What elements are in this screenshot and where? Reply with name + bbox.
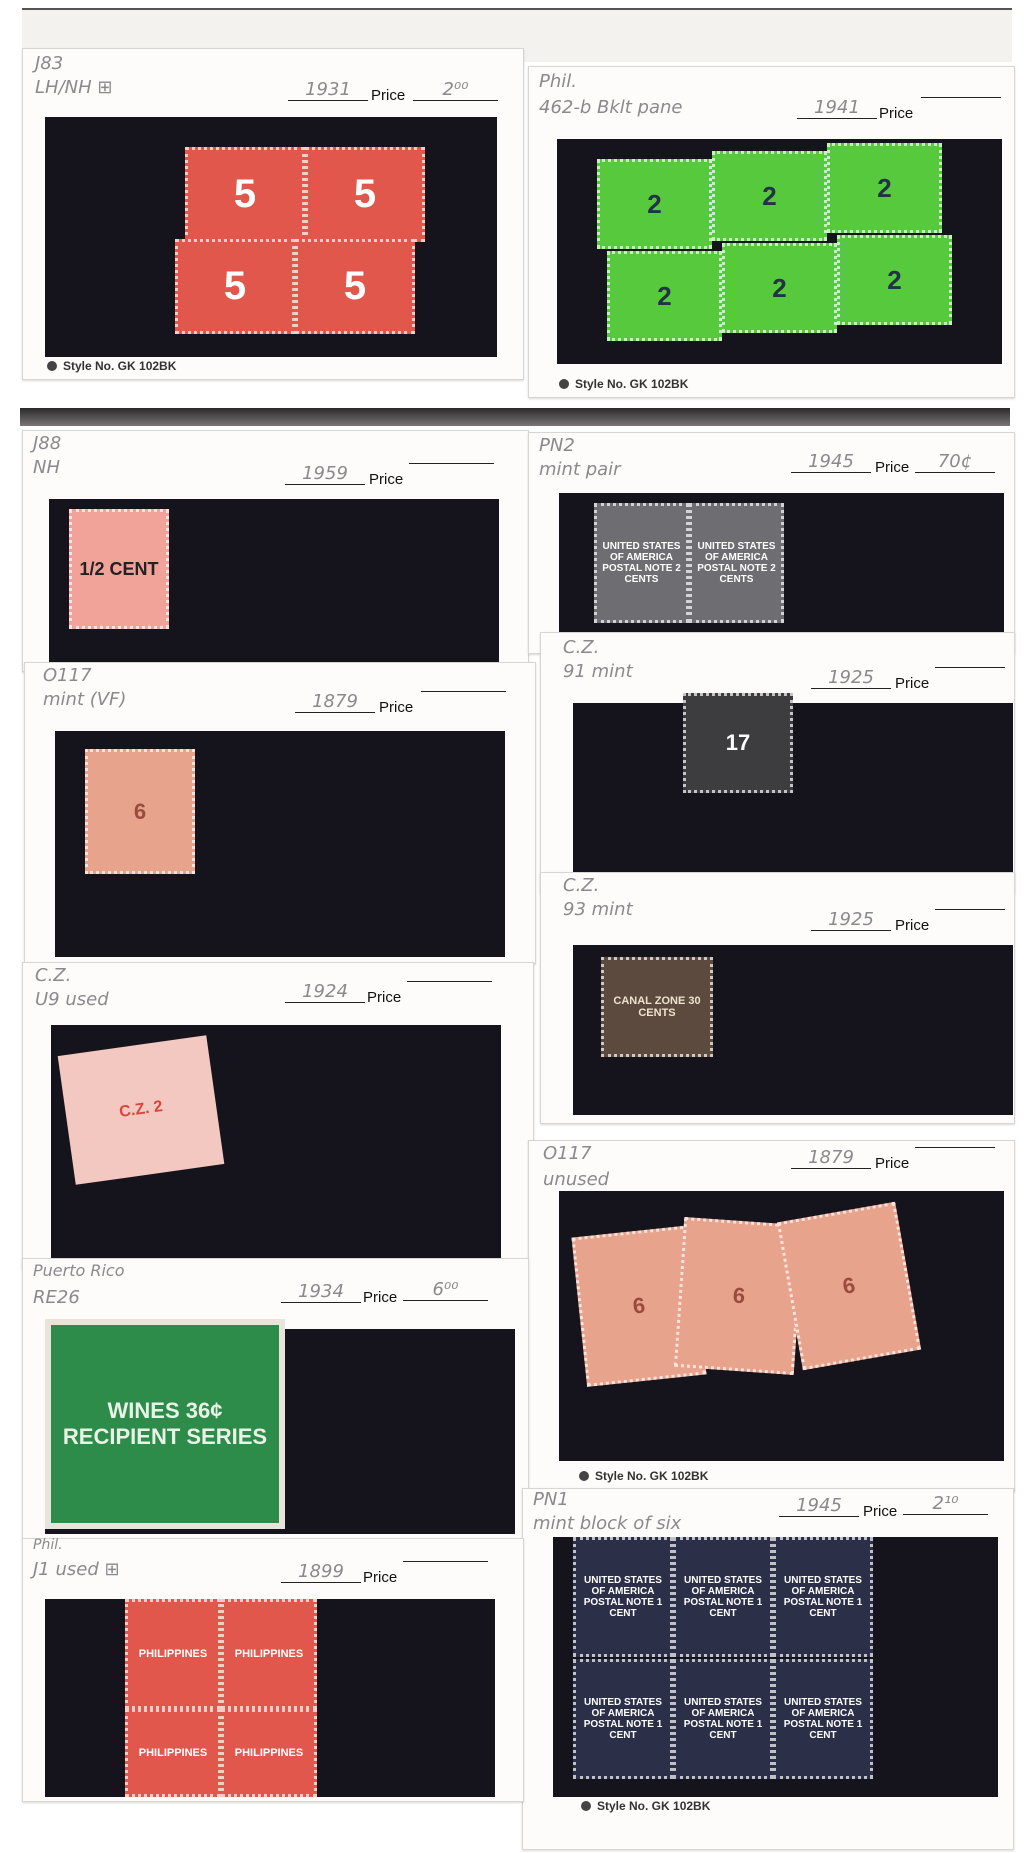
card-year: 1941 [797, 97, 877, 119]
price-label: Price [369, 471, 403, 488]
card-label-line2: 93 mint [563, 899, 633, 920]
price-label: Price [379, 699, 413, 716]
price-label: Price [875, 459, 909, 476]
card-label-line2: 91 mint [563, 661, 633, 682]
stamp: UNITED STATES OF AMERICA POSTAL NOTE 1 C… [773, 1537, 873, 1657]
stamp-card-cz-91: C.Z. 91 mint 1925 Price 17 [540, 632, 1015, 894]
stamp-card-pn1: PN1 mint block of six 1945 Price 2¹⁰ UNI… [522, 1488, 1014, 1850]
stamp-mount: CANAL ZONE 30 CENTS [573, 945, 1013, 1115]
stamp: UNITED STATES OF AMERICA POSTAL NOTE 1 C… [673, 1659, 773, 1779]
stamp: UNITED STATES OF AMERICA POSTAL NOTE 2 C… [594, 503, 689, 623]
stamp: 2 [837, 235, 952, 325]
stamp: UNITED STATES OF AMERICA POSTAL NOTE 1 C… [573, 1537, 673, 1657]
stamp: UNITED STATES OF AMERICA POSTAL NOTE 1 C… [573, 1659, 673, 1779]
card-label-line2: NH [33, 457, 60, 478]
stamp-card-phil-j1: Phil. J1 used ⊞ 1899 Price PHILIPPINES P… [22, 1538, 524, 1802]
card-label-line1: PN1 [533, 1489, 569, 1510]
stamp-card-pn2: PN2 mint pair 1945 Price 70¢ UNITED STAT… [528, 432, 1015, 654]
card-price: 2¹⁰ [903, 1493, 988, 1515]
stamp: PHILIPPINES [125, 1709, 221, 1797]
card-style-label: Style No. GK 102BK [579, 1469, 708, 1483]
price-label: Price [371, 87, 405, 104]
stamp: C.Z. 2 [58, 1035, 225, 1185]
card-style-label: Style No. GK 102BK [559, 377, 688, 391]
card-label-line2: J1 used ⊞ [33, 1559, 120, 1580]
card-label-line1: O117 [543, 1143, 592, 1164]
stamp-mount: C.Z. 2 [51, 1025, 501, 1263]
card-price: 6⁰⁰ [403, 1279, 488, 1301]
card-price [421, 691, 506, 692]
stamp: UNITED STATES OF AMERICA POSTAL NOTE 2 C… [689, 503, 784, 623]
stamp: 2 [712, 151, 827, 241]
stamp-mount: 6 [55, 731, 505, 957]
price-label: Price [863, 1503, 897, 1520]
card-label-line1: C.Z. [563, 637, 599, 658]
card-year: 1925 [811, 667, 891, 689]
stamp: 2 [827, 143, 942, 233]
card-year: 1879 [791, 1147, 871, 1169]
stamp: 5 [185, 147, 305, 242]
card-label-line1: O117 [43, 665, 92, 686]
card-price: 2⁰⁰ [413, 79, 498, 101]
stamp: 5 [175, 239, 295, 334]
card-price [921, 97, 1001, 98]
stamp: 5 [305, 147, 425, 242]
card-price [915, 1147, 995, 1148]
card-label-line1: Puerto Rico [33, 1261, 125, 1280]
stamp-card-cz-93: C.Z. 93 mint 1925 Price CANAL ZONE 30 CE… [540, 872, 1015, 1124]
stamp-mount: 17 [573, 703, 1013, 888]
card-label-line2: unused [543, 1169, 609, 1190]
price-label: Price [367, 989, 401, 1006]
card-year: 1931 [288, 79, 368, 101]
card-price [409, 463, 494, 464]
price-label: Price [895, 917, 929, 934]
brand-logo-icon [47, 361, 57, 371]
stamp: 2 [607, 251, 722, 341]
card-label-line2: mint (VF) [43, 689, 126, 710]
stamp: PHILIPPINES [125, 1599, 221, 1709]
stamp: CANAL ZONE 30 CENTS [601, 957, 713, 1057]
stamp-card-j83: J83 LH/NH ⊞ 1931 Price 2⁰⁰ 5 5 5 5 Style… [22, 48, 524, 380]
card-price [403, 1561, 488, 1562]
stamp-mount: UNITED STATES OF AMERICA POSTAL NOTE 1 C… [553, 1537, 998, 1797]
card-year: 1934 [281, 1281, 361, 1303]
card-label-line2: mint pair [539, 459, 621, 480]
brand-logo-icon [581, 1801, 591, 1811]
card-label-line2: RE26 [33, 1287, 80, 1308]
stamp: WINES 36¢ RECIPIENT SERIES [45, 1319, 285, 1529]
card-year: 1959 [285, 463, 365, 485]
card-label-line1: C.Z. [563, 875, 599, 896]
card-label-line1: PN2 [539, 435, 575, 456]
card-style-label: Style No. GK 102BK [47, 359, 176, 373]
stamp-card-o117-mint: O117 mint (VF) 1879 Price 6 [24, 662, 536, 964]
stamp: UNITED STATES OF AMERICA POSTAL NOTE 1 C… [773, 1659, 873, 1779]
card-price [935, 909, 1005, 910]
stamp: UNITED STATES OF AMERICA POSTAL NOTE 1 C… [673, 1537, 773, 1657]
stamp-mount: 1/2 CENT [49, 499, 499, 669]
stamp-card-o117-unused: O117 unused 1879 Price 6 6 6 Style No. G… [528, 1140, 1015, 1492]
stamp: 6 [777, 1202, 921, 1371]
page-divider [20, 408, 1010, 426]
price-label: Price [363, 1289, 397, 1306]
stamp: PHILIPPINES [221, 1709, 317, 1797]
stamp: PHILIPPINES [221, 1599, 317, 1709]
price-label: Price [363, 1569, 397, 1586]
stamp-card-j88: J88 NH 1959 Price 1/2 CENT [22, 430, 529, 672]
stamp-mount: 6 6 6 [559, 1191, 1004, 1461]
stamp-mount: PHILIPPINES PHILIPPINES PHILIPPINES PHIL… [45, 1599, 495, 1797]
stamp: 2 [722, 243, 837, 333]
card-label-line2: mint block of six [533, 1513, 681, 1534]
card-label-line1: J83 [35, 53, 63, 74]
card-price [935, 667, 1005, 668]
card-label-line2: U9 used [35, 989, 109, 1010]
card-label-line1: J88 [33, 433, 61, 454]
card-year: 1925 [811, 909, 891, 931]
card-label-line2: LH/NH ⊞ [35, 77, 112, 98]
stamp-card-phil-462b: Phil. 462-b Bklt pane 1941 Price 2 2 2 2… [528, 66, 1015, 398]
card-price [407, 981, 492, 982]
card-year: 1879 [295, 691, 375, 713]
stamp: 1/2 CENT [69, 509, 169, 629]
stamp-mount: 2 2 2 2 2 2 [557, 139, 1002, 364]
stamp: 17 [683, 693, 793, 793]
card-year: 1899 [281, 1561, 361, 1583]
card-year: 1924 [285, 981, 365, 1003]
card-year: 1945 [791, 451, 871, 473]
card-label-line1: Phil. [539, 71, 577, 92]
stamp: 5 [295, 239, 415, 334]
card-label-line2: 462-b Bklt pane [539, 97, 683, 118]
card-price: 70¢ [915, 451, 995, 473]
brand-logo-icon [559, 379, 569, 389]
price-label: Price [895, 675, 929, 692]
stamp-card-re26: Puerto Rico RE26 1934 Price 6⁰⁰ WINES 36… [22, 1258, 529, 1540]
price-label: Price [879, 105, 913, 122]
stamp-mount: UNITED STATES OF AMERICA POSTAL NOTE 2 C… [559, 493, 1004, 653]
price-label: Price [875, 1155, 909, 1172]
stamp: 6 [85, 749, 195, 874]
stamp: 2 [597, 159, 712, 249]
card-style-label: Style No. GK 102BK [581, 1799, 710, 1813]
card-label-line1: C.Z. [35, 965, 71, 986]
brand-logo-icon [579, 1471, 589, 1481]
card-label-line1: Phil. [33, 1537, 63, 1553]
card-year: 1945 [779, 1495, 859, 1517]
stamp-card-cz-u9: C.Z. U9 used 1924 Price C.Z. 2 [22, 962, 534, 1269]
stamp-mount: 5 5 5 5 [45, 117, 497, 357]
stamp-mount: WINES 36¢ RECIPIENT SERIES [45, 1329, 515, 1534]
